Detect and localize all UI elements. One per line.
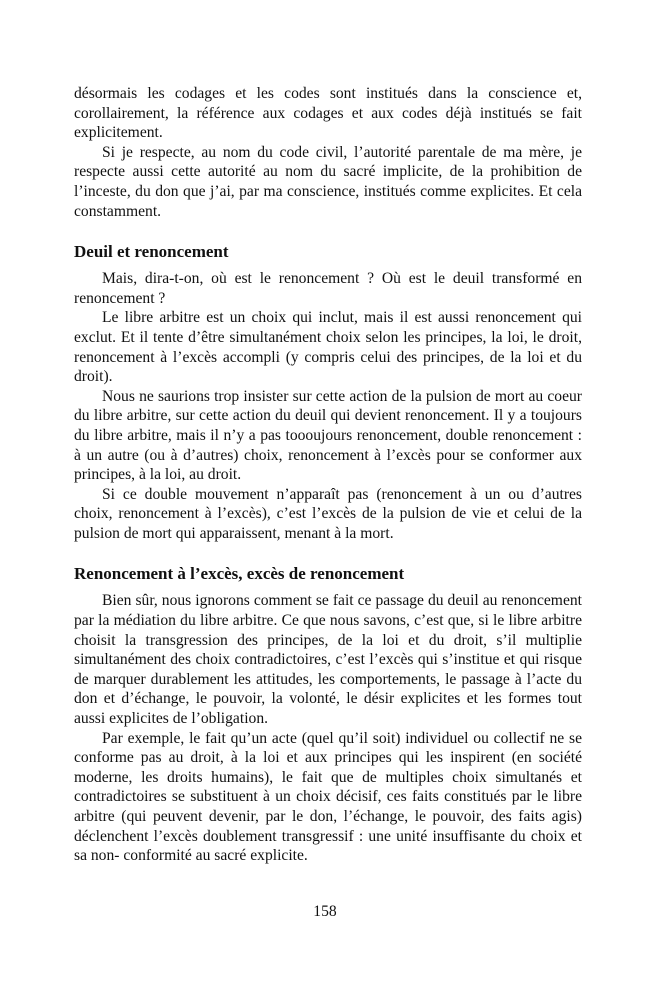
section-heading-deuil: Deuil et renoncement xyxy=(74,242,582,262)
paragraph: Mais, dira-t-on, où est le renoncement ?… xyxy=(74,269,582,308)
page-body: désormais les codages et les codes sont … xyxy=(74,84,582,866)
paragraph: Si je respecte, au nom du code civil, l’… xyxy=(74,143,582,221)
paragraph: Nous ne saurions trop insister sur cette… xyxy=(74,387,582,485)
paragraph: Le libre arbitre est un choix qui inclut… xyxy=(74,308,582,386)
paragraph: Bien sûr, nous ignorons comment se fait … xyxy=(74,591,582,728)
paragraph: Si ce double mouvement n’apparaît pas (r… xyxy=(74,485,582,544)
paragraph: Par exemple, le fait qu’un acte (quel qu… xyxy=(74,729,582,866)
section-heading-renoncement: Renoncement à l’excès, excès de renoncem… xyxy=(74,564,582,584)
paragraph-continuation: désormais les codages et les codes sont … xyxy=(74,84,582,143)
page-number: 158 xyxy=(0,903,650,921)
